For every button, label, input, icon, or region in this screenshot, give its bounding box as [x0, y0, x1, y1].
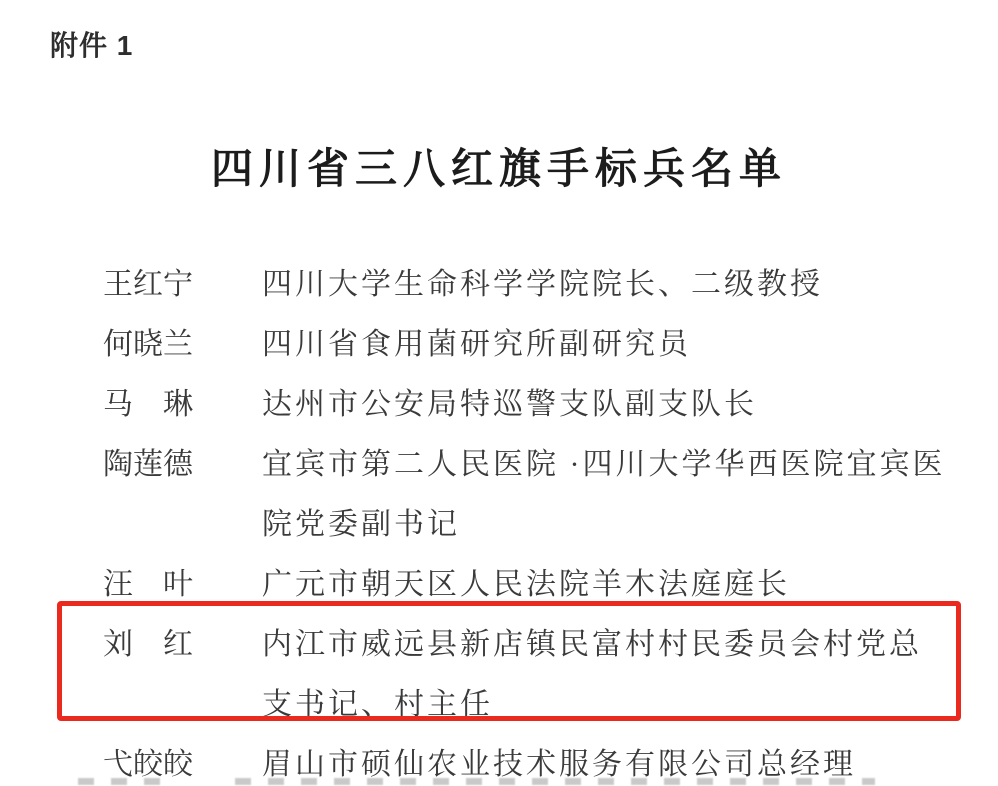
person-title: 宜宾市第二人民医院 ·四川大学华西医院宜宾医: [262, 439, 946, 483]
awardee-list: 王红宁四川大学生命科学学院院长、二级教授何晓兰四川省食用菌研究所副研究员马 琳达…: [0, 251, 998, 786]
document-page: 附件 1 四川省三八红旗手标兵名单 王红宁四川大学生命科学学院院长、二级教授何晓…: [0, 0, 998, 786]
person-name: 王红宁: [103, 259, 199, 303]
person-name: 刘 红: [103, 619, 199, 663]
person-name: 陶莲德: [103, 439, 199, 483]
page-title: 四川省三八红旗手标兵名单: [0, 136, 998, 196]
person-title: 内江市威远县新店镇民富村村民委员会村党总: [262, 619, 922, 663]
list-row-highlighted: 支书记、村主任: [0, 671, 998, 731]
person-title: 达州市公安局特巡警支队副支队长: [262, 379, 757, 423]
person-title: 四川省食用菌研究所副研究员: [262, 319, 691, 363]
person-name: 马 琳: [103, 379, 199, 423]
person-title: 广元市朝天区人民法院羊木法庭庭长: [262, 559, 790, 603]
list-row: 汪 叶广元市朝天区人民法院羊木法庭庭长: [0, 551, 998, 611]
person-title: 支书记、村主任: [262, 679, 493, 723]
person-name: 何晓兰: [103, 319, 199, 363]
person-name: 弋皎皎: [103, 739, 199, 783]
person-title: 四川大学生命科学学院院长、二级教授: [262, 259, 823, 303]
list-row: 何晓兰四川省食用菌研究所副研究员: [0, 311, 998, 371]
person-title: 院党委副书记: [262, 499, 460, 543]
partial-next-row-name: [78, 778, 168, 785]
list-row: 王红宁四川大学生命科学学院院长、二级教授: [0, 251, 998, 311]
list-row: 院党委副书记: [0, 491, 998, 551]
person-name: 汪 叶: [103, 559, 199, 603]
attachment-label: 附件 1: [50, 24, 133, 64]
person-title: 眉山市硕仙农业技术服务有限公司总经理: [262, 739, 856, 783]
partial-next-row-title: [235, 778, 875, 785]
list-row: 马 琳达州市公安局特巡警支队副支队长: [0, 371, 998, 431]
list-row-highlighted: 刘 红内江市威远县新店镇民富村村民委员会村党总: [0, 611, 998, 671]
list-row: 陶莲德宜宾市第二人民医院 ·四川大学华西医院宜宾医: [0, 431, 998, 491]
